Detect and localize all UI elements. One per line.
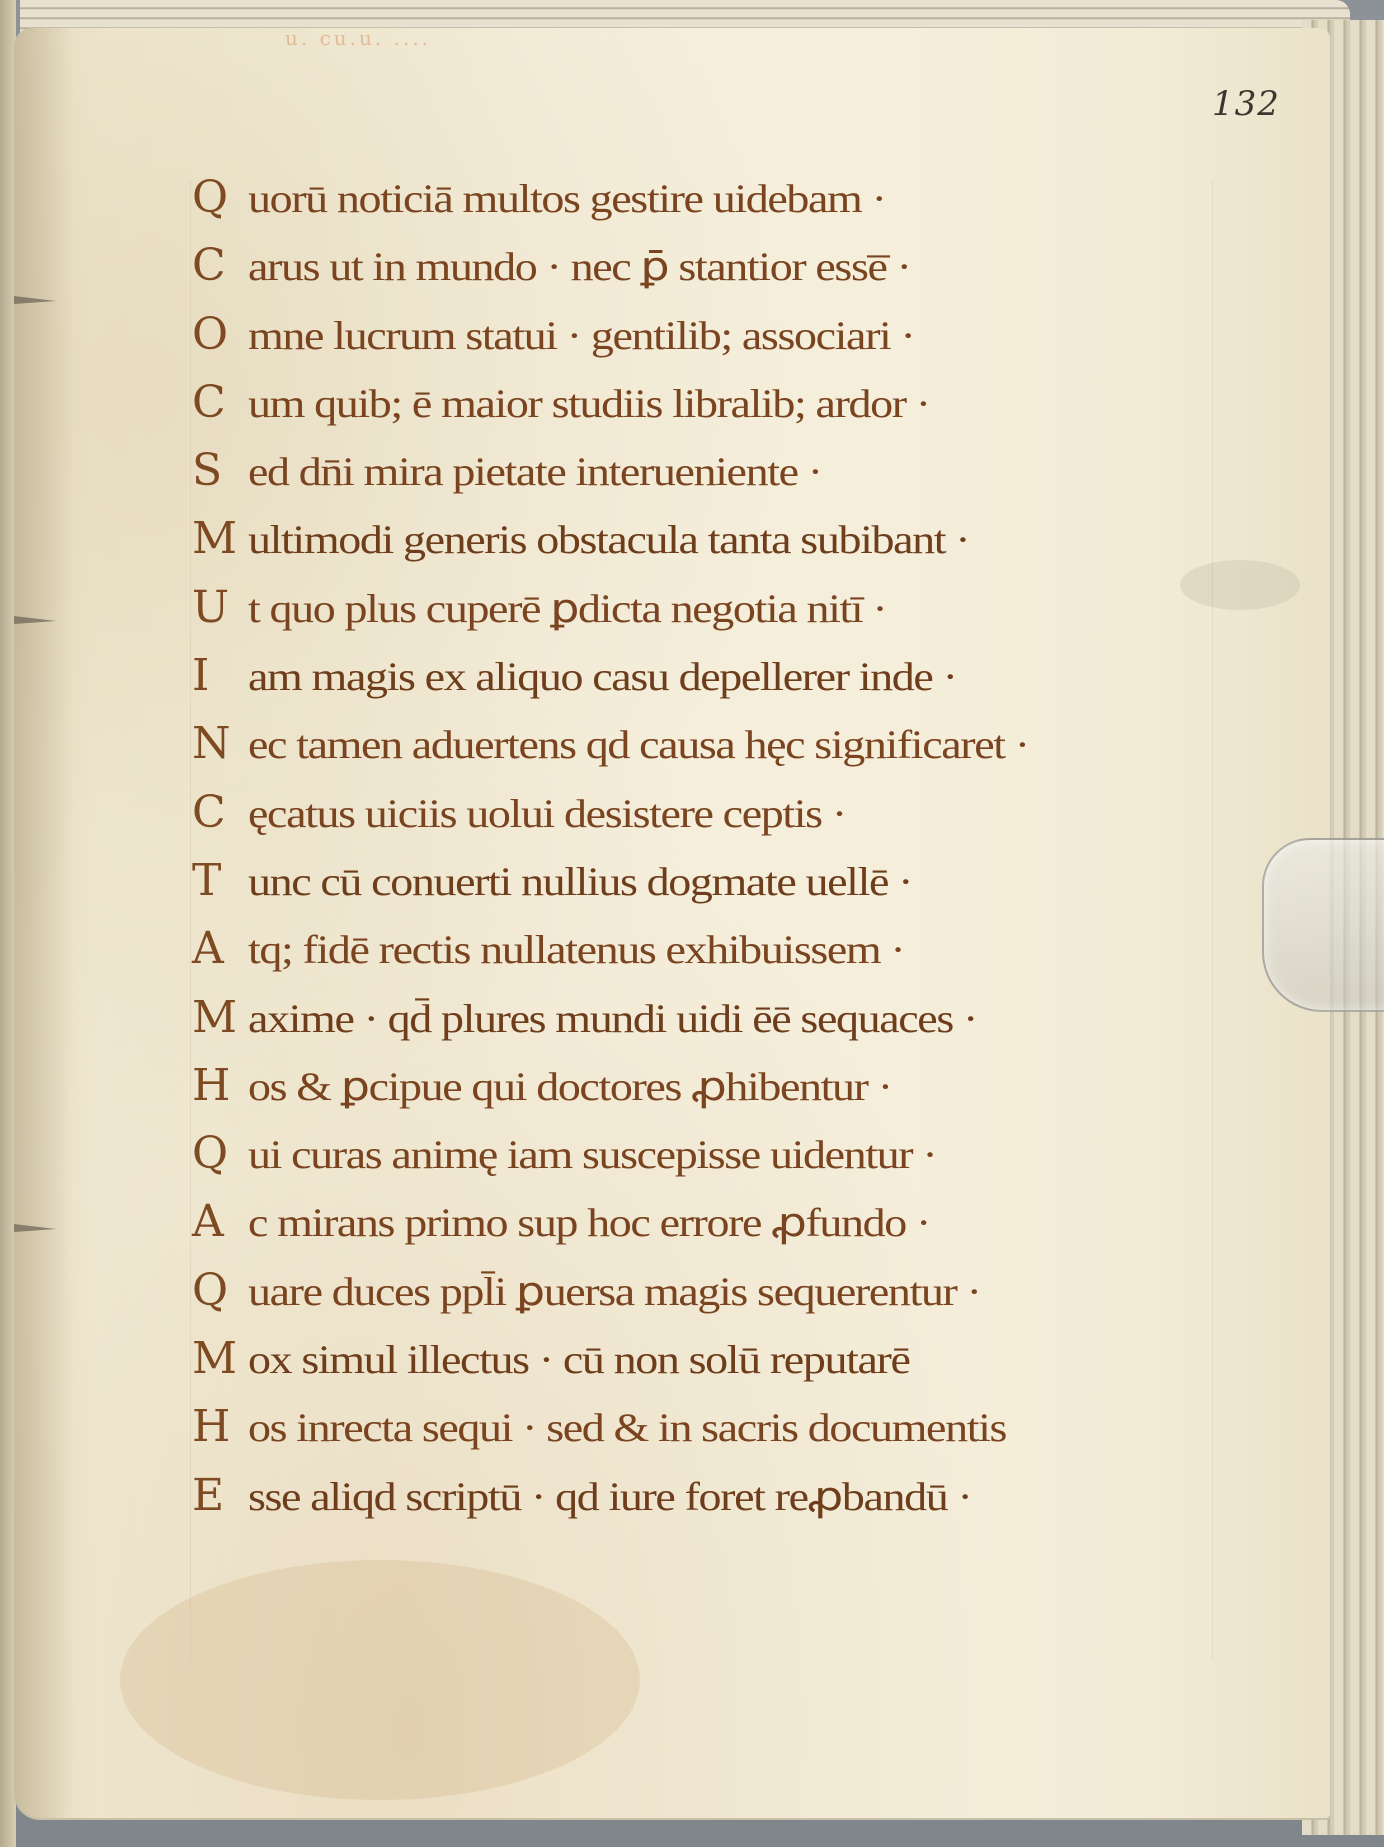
line-initial: H [192,1060,248,1111]
text-line: Cęcatus uiciis uolui desistere ceptis · [192,787,1272,855]
text-line: Esse aliqd scriptū · qd iure foret reꝓba… [192,1470,1272,1538]
line-text: uare duces ppl̄i ꝑuersa magis sequerentu… [248,1268,981,1315]
folio-number: 132 [1212,84,1280,124]
text-line: Sed dn̄i mira pietate interueniente · [192,445,1272,513]
text-line: Iam magis ex aliquo casu depellerer inde… [192,650,1272,718]
parchment-stain [120,1560,640,1800]
text-line: Nec tamen aduertens qd causa hęc signifi… [192,718,1272,786]
line-initial: H [192,1401,248,1452]
line-text: tq; fidē rectis nullatenus exhibuissem · [248,926,904,973]
line-text: c mirans primo sup hoc errore ꝓfundo · [248,1199,930,1246]
line-initial: Q [192,1265,248,1316]
pricking-mark [14,616,56,624]
line-text: ec tamen aduertens qd causa hęc signific… [248,721,1029,768]
text-line: Quorū noticiā multos gestire uidebam · [192,172,1272,240]
line-initial: O [192,309,248,360]
line-text: os & ꝑcipue qui doctores ꝓhibentur · [248,1063,892,1110]
text-line: Ut quo plus cuperē ꝑdicta negotia nitī · [192,582,1272,650]
running-head: u. cu.u. .... [285,26,431,50]
line-text: ęcatus uiciis uolui desistere ceptis · [248,790,846,837]
line-initial: C [192,787,248,838]
line-initial: A [192,923,248,974]
line-initial: T [192,855,248,906]
line-text: ox simul illectus · cū non solū reputarē [248,1336,910,1383]
line-initial: U [192,582,248,633]
text-line: Qui curas animę iam suscepisse uidentur … [192,1128,1272,1196]
text-line: Hos & ꝑcipue qui doctores ꝓhibentur · [192,1060,1272,1128]
text-line: Carus ut in mundo · nec ꝑ̄ stantior esse… [192,240,1272,308]
line-initial: Q [192,172,248,223]
line-initial: M [192,1333,248,1384]
pricking-mark [14,1224,56,1232]
line-text: t quo plus cuperē ꝑdicta negotia nitī · [248,585,886,632]
text-line: Mox simul illectus · cū non solū reputar… [192,1333,1272,1401]
text-line: Maxime · qd̄ plures mundi uidi ēē sequac… [192,992,1272,1060]
line-text: mne lucrum statui · gentilib; associari … [248,312,914,359]
line-initial: E [192,1470,248,1521]
text-line: Atq; fidē rectis nullatenus exhibuissem … [192,923,1272,991]
line-text: axime · qd̄ plures mundi uidi ēē sequace… [248,995,977,1042]
pricking-mark [14,296,56,304]
line-text: ui curas animę iam suscepisse uidentur · [248,1131,936,1178]
line-text: ed dn̄i mira pietate interueniente · [248,448,822,495]
line-text: sse aliqd scriptū · qd iure foret reꝓban… [248,1473,971,1520]
line-initial: C [192,377,248,428]
line-initial: M [192,992,248,1043]
text-line: Omne lucrum statui · gentilib; associari… [192,309,1272,377]
text-line: Ac mirans primo sup hoc errore ꝓfundo · [192,1196,1272,1264]
line-initial: M [192,513,248,564]
line-initial: I [192,650,248,701]
page-clip-tab [1262,838,1384,1012]
ruling-line-vertical [190,180,191,1660]
line-text: os inrecta sequi · sed & in sacris docum… [248,1404,1006,1451]
line-text: uorū noticiā multos gestire uidebam · [248,175,886,222]
line-initial: S [192,445,248,496]
line-initial: N [192,718,248,769]
line-text: ultimodi generis obstacula tanta subiban… [248,516,969,563]
line-text: arus ut in mundo · nec ꝑ̄ stantior esse̅… [248,243,911,290]
text-line: Tunc cū conuerti nullius dogmate uellē · [192,855,1272,923]
line-text: unc cū conuerti nullius dogmate uellē · [248,858,912,905]
line-initial: A [192,1196,248,1247]
line-text: am magis ex aliquo casu depellerer inde … [248,653,957,700]
line-initial: Q [192,1128,248,1179]
line-initial: C [192,240,248,291]
text-line: Quare duces ppl̄i ꝑuersa magis sequerent… [192,1265,1272,1333]
text-line: Multimodi generis obstacula tanta subiba… [192,513,1272,581]
text-line: Hos inrecta sequi · sed & in sacris docu… [192,1401,1272,1469]
line-text: um quib; ē maior studiis libralib; ardor… [248,380,930,427]
manuscript-text-block: Quorū noticiā multos gestire uidebam · C… [192,172,1272,1538]
text-line: Cum quib; ē maior studiis libralib; ardo… [192,377,1272,445]
